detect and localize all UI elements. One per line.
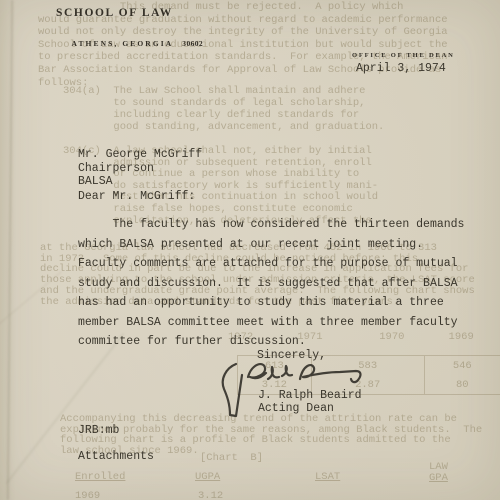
text-line: 304(a) The Law School shall maintain and… bbox=[63, 85, 384, 97]
table-column: 546 80 bbox=[424, 356, 500, 394]
letterhead-school-name: SCHOOL OF LAW bbox=[56, 7, 173, 19]
text-line: Faculty comments are attached for the pu… bbox=[78, 254, 464, 274]
paper-crease bbox=[7, 0, 13, 500]
letter-date: April 3, 1974 bbox=[356, 62, 446, 75]
letter-body: The faculty has now considered the thirt… bbox=[78, 215, 464, 352]
bleed-through-col-header: LSAT bbox=[315, 471, 340, 483]
text-line: which BALSA presented at our recent join… bbox=[78, 235, 464, 255]
text-line: to sound standards of legal scholarship, bbox=[63, 97, 384, 109]
letterhead-city: ATHENS, GEORGIA bbox=[72, 39, 174, 48]
text-line: BALSA bbox=[78, 175, 202, 189]
enclosure-note: Attachments bbox=[78, 450, 154, 463]
table-cell: 80 bbox=[456, 379, 469, 391]
text-line: The faculty has now considered the thirt… bbox=[78, 215, 464, 235]
letterhead-zip: 30602 bbox=[182, 39, 203, 48]
signer-name: J. Ralph Beaird bbox=[258, 389, 362, 402]
typist-reference: JRB:mb bbox=[78, 424, 119, 437]
bleed-through-chart-b-label: [Chart B] bbox=[200, 452, 263, 464]
recipient-address-block: Mr. George McGriffChairpersonBALSA bbox=[78, 148, 202, 189]
bleed-through-col-header: Enrolled bbox=[75, 471, 125, 483]
text-line: including clearly defined standards for bbox=[63, 109, 384, 121]
bleed-through-cell: 3.12 bbox=[198, 490, 223, 500]
text-line: raise false hopes, constitute economic bbox=[63, 204, 378, 216]
text-line: good standing, advancement, and graduati… bbox=[63, 121, 384, 133]
text-line: has had an opportunity to study this mat… bbox=[78, 293, 464, 313]
table-cell: 546 bbox=[453, 360, 472, 372]
letter-page: This demand must be rejected. A policy w… bbox=[0, 0, 500, 500]
bleed-through-cell: 1969 bbox=[75, 490, 100, 500]
text-line: Chairperson bbox=[78, 162, 202, 176]
bleed-through-col-header: GPA bbox=[429, 472, 448, 484]
salutation: Dear Mr. McGriff: bbox=[78, 190, 195, 203]
signer-title: Acting Dean bbox=[258, 402, 334, 415]
bleed-through-col-header: UGPA bbox=[195, 471, 220, 483]
bleed-through-standard-304a: 304(a) The Law School shall maintain and… bbox=[63, 85, 384, 133]
letterhead-office: OFFICE OF THE DEAN bbox=[352, 52, 455, 59]
text-line: study and discussion. It is suggested th… bbox=[78, 274, 464, 294]
text-line: member BALSA committee meet with a three… bbox=[78, 313, 464, 333]
text-line: Mr. George McGriff bbox=[78, 148, 202, 162]
letterhead-address: ATHENS, GEORGIA30602 bbox=[56, 30, 203, 57]
